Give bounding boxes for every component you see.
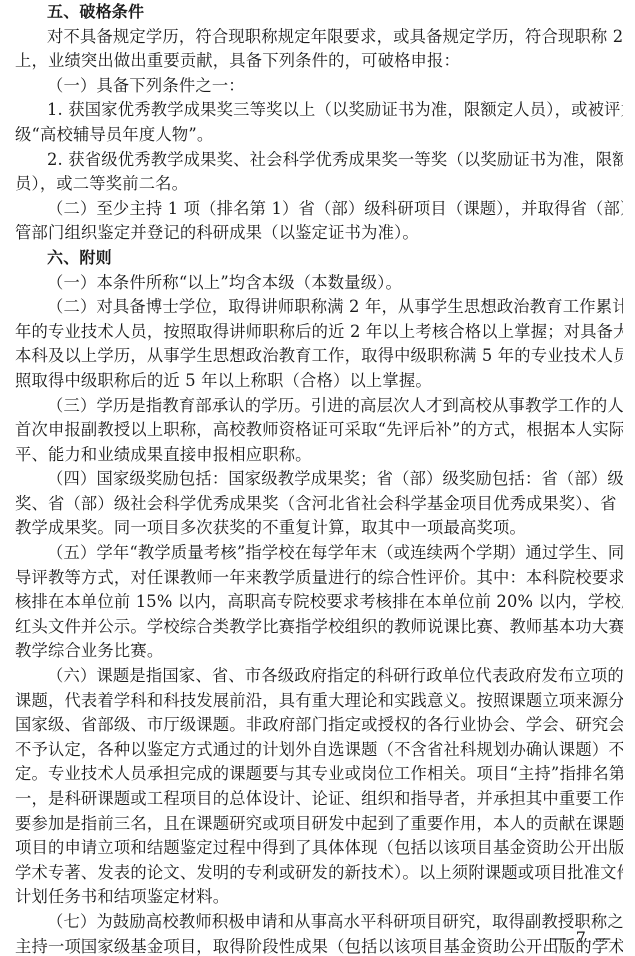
section-heading-exceptional-conditions: 五、破格条件: [15, 0, 623, 25]
paragraph-line: 教学综合业务比赛。: [15, 639, 623, 664]
paragraph-line: 国家级、省部级、市厅级课题。非政府部门指定或授权的各行业协会、学会、研究会课题: [15, 713, 623, 738]
paragraph-line: 本科及以上学历，从事学生思想政治教育工作，取得中级职称满 5 年的专业技术人员，…: [15, 344, 623, 369]
paragraph-line: 员），或二等奖前二名。: [15, 172, 623, 197]
paragraph-line: 红头文件并公示。学校综合类教学比赛指学校组织的教师说课比赛、教师基本功大赛等: [15, 615, 623, 640]
paragraph-line: 级“高校辅导员年度人物”。: [15, 123, 623, 148]
paragraph-line: 对不具备规定学历，符合现职称规定年限要求，或具备规定学历，符合现职称 2 年以: [15, 25, 623, 50]
paragraph-line: 计划任务书和结项鉴定材料。: [15, 885, 623, 910]
paragraph-line: 不予认定，各种以鉴定方式通过的计划外自选课题（不含省社科规划办确认课题）不予认: [15, 738, 623, 763]
paragraph-line: 奖、省（部）级社会科学优秀成果奖（含河北省社会科学基金项目优秀成果奖）、省（部）…: [15, 492, 623, 517]
paragraph-line: 1. 获国家优秀教学成果奖三等奖以上（以奖励证书为准，限额定人员），或被评为省: [15, 98, 623, 123]
paragraph-line: （二）至少主持 1 项（排名第 1）省（部）级科研项目（课题），并取得省（部）级…: [15, 197, 623, 222]
paragraph-line: 2. 获省级优秀教学成果奖、社会科学优秀成果奖一等奖（以奖励证书为准，限额定人: [15, 148, 623, 173]
paragraph-line: 要参加是指前三名，且在课题研究或项目研发中起到了重要作用，本人的贡献在课题或: [15, 812, 623, 837]
paragraph-line: 课题，代表着学科和科技发展前沿，具有重大理论和实践意义。按照课题立项来源分为: [15, 689, 623, 714]
paragraph-line: 教学成果奖。同一项目多次获奖的不重复计算，取其中一项最高奖项。: [15, 516, 623, 541]
paragraph-line: （五）学年“教学质量考核”指学校在每学年末（或连续两个学期）通过学生、同行、督: [15, 541, 623, 566]
paragraph-line: 平、能力和业绩成果直接申报相应职称。: [15, 443, 623, 468]
paragraph-line: （七）为鼓励高校教师积极申请和从事高水平科研项目研究，取得副教授职称之后，: [15, 910, 623, 935]
paragraph-line: 主持一项国家级基金项目，取得阶段性成果（包括以该项目基金资助公开出版的学术专: [15, 935, 623, 956]
paragraph-line: 照取得中级职称后的近 5 年以上称职（合格）以上掌握。: [15, 369, 623, 394]
paragraph-line: 项目的申请立项和结题鉴定过程中得到了具体体现（包括以该项目基金资助公开出版的: [15, 836, 623, 861]
section-heading-supplementary-provisions: 六、附则: [15, 246, 623, 271]
paragraph-line: 学术专著、发表的论文、发明的专利或研发的新技术）。以上须附课题或项目批准文件、: [15, 861, 623, 886]
paragraph-line: 核排在本单位前 15% 以内，高职高专院校要求考核排在本单位前 20% 以内，学…: [15, 590, 623, 615]
paragraph-line: （三）学历是指教育部承认的学历。引进的高层次人才到高校从事教学工作的人员: [15, 394, 623, 419]
paragraph-line: （一）具备下列条件之一：: [15, 74, 623, 99]
paragraph-line: （六）课题是指国家、省、市各级政府指定的科研行政单位代表政府发布立项的研究: [15, 664, 623, 689]
paragraph-line: 导评教等方式，对任课教师一年来教学质量进行的综合性评价。其中：本科院校要求考: [15, 566, 623, 591]
paragraph-line: 年的专业技术人员，按照取得讲师职称后的近 2 年以上考核合格以上掌握；对具备大学: [15, 320, 623, 345]
paragraph-line: 管部门组织鉴定并登记的科研成果（以鉴定证书为准）。: [15, 221, 623, 246]
paragraph-line: 定。专业技术人员承担完成的课题要与其专业或岗位工作相关。项目“主持”指排名第: [15, 762, 623, 787]
paragraph-line: （四）国家级奖励包括：国家级教学成果奖；省（部）级奖励包括：省（部）级科学技术: [15, 467, 623, 492]
paragraph-line: 上，业绩突出做出重要贡献，具备下列条件的，可破格申报：: [15, 49, 623, 74]
paragraph-line: （一）本条件所称“以上”均含本级（本数量级）。: [15, 271, 623, 296]
document-page: 五、破格条件 对不具备规定学历，符合现职称规定年限要求，或具备规定学历，符合现职…: [15, 0, 623, 956]
page-number: — 7 —: [551, 928, 613, 947]
paragraph-line: 首次申报副教授以上职称，高校教师资格证可采取“先评后补”的方式，根据本人实际水: [15, 418, 623, 443]
paragraph-line: （二）对具备博士学位，取得讲师职称满 2 年，从事学生思想政治教育工作累计满 3: [15, 295, 623, 320]
paragraph-line: 一，是科研课题或工程项目的总体设计、论证、组织和指导者，并承担其中重要工作。主: [15, 787, 623, 812]
